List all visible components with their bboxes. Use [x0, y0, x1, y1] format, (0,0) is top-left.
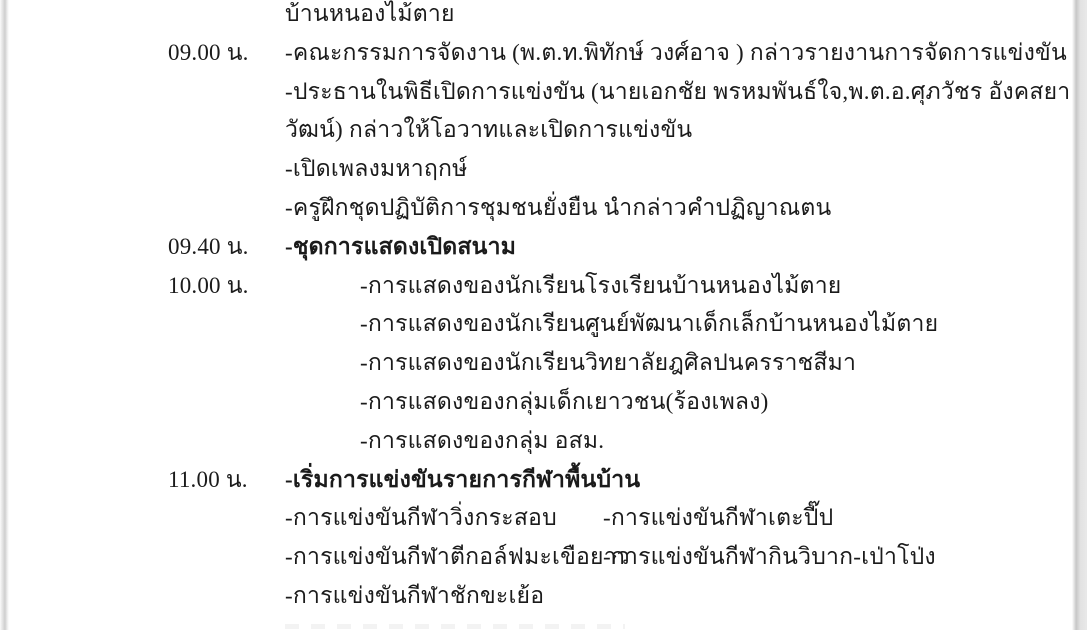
schedule-row-heading: 11.00 น.-เริ่มการแข่งขันรายการกีฬาพื้นบ้… — [0, 461, 1072, 500]
schedule-content: บ้านหนองไม้ตาย 09.00 น.-คณะกรรมการจัดงาน… — [0, 0, 1072, 616]
schedule-row-heading: 09.40 น.-ชุดการแสดงเปิดสนาม — [0, 228, 1072, 267]
schedule-row: -การแสดงของนักเรียนวิทยาลัยฎศิลปนครราชสี… — [0, 344, 1072, 383]
schedule-text: -ครูฝึกชุดปฏิบัติการชุมชนยั่งยืน นำกล่าว… — [285, 195, 831, 220]
schedule-text-right-column: -การแข่งขันกีฬากินวิบาก-เป่าโป่ง — [603, 544, 936, 569]
schedule-row: วัฒน์) กล่าวให้โอวาทและเปิดการแข่งขัน — [0, 111, 1072, 150]
schedule-text: -การแสดงของนักเรียนวิทยาลัยฎศิลปนครราชสี… — [360, 350, 856, 375]
schedule-row: -การแสดงของกลุ่ม อสม. — [0, 422, 1072, 461]
page-scan-right-edge — [1072, 0, 1087, 630]
schedule-row: -ประธานในพิธีเปิดการแข่งขัน (นายเอกชัย พ… — [0, 73, 1072, 112]
time-label: 09.40 น. — [168, 228, 285, 267]
schedule-text-left-column: -การแข่งขันกีฬาวิ่งกระสอบ — [285, 499, 603, 538]
schedule-row-two-columns: -การแข่งขันกีฬาวิ่งกระสอบ-การแข่งขันกีฬา… — [0, 499, 1072, 538]
schedule-row: -การแสดงของนักเรียนศูนย์พัฒนาเด็กเล็กบ้า… — [0, 305, 1072, 344]
time-label: 11.00 น. — [168, 461, 285, 500]
schedule-text: บ้านหนองไม้ตาย — [285, 1, 455, 26]
schedule-row: บ้านหนองไม้ตาย — [0, 0, 1072, 34]
schedule-text: -การแสดงของนักเรียนศูนย์พัฒนาเด็กเล็กบ้า… — [360, 311, 938, 336]
cropped-next-line-hint — [285, 624, 625, 629]
schedule-row-two-columns: -การแข่งขันกีฬาตีกอล์ฟมะเขือยาว-การแข่งข… — [0, 538, 1072, 577]
schedule-row: 09.00 น.-คณะกรรมการจัดงาน (พ.ต.ท.พิทักษ์… — [0, 34, 1072, 73]
schedule-text: -ประธานในพิธีเปิดการแข่งขัน (นายเอกชัย พ… — [285, 79, 1070, 104]
schedule-text: -เริ่มการแข่งขันรายการกีฬาพื้นบ้าน — [285, 467, 640, 492]
schedule-row: -การแสดงของกลุ่มเด็กเยาวชน(ร้องเพลง) — [0, 383, 1072, 422]
schedule-row: 10.00 น.-การแสดงของนักเรียนโรงเรียนบ้านห… — [0, 267, 1072, 306]
time-label: 10.00 น. — [168, 267, 360, 306]
schedule-text: -เปิดเพลงมหาฤกษ์ — [285, 156, 467, 181]
schedule-text: -การแสดงของกลุ่มเด็กเยาวชน(ร้องเพลง) — [360, 389, 769, 414]
schedule-text: -การแข่งขันกีฬาชักขะเย้อ — [285, 583, 544, 608]
schedule-text: -การแสดงของนักเรียนโรงเรียนบ้านหนองไม้ตา… — [360, 273, 842, 298]
schedule-text-right-column: -การแข่งขันกีฬาเตะปี๊ป — [603, 505, 833, 530]
schedule-text: -การแสดงของกลุ่ม อสม. — [360, 428, 604, 453]
schedule-text: -ชุดการแสดงเปิดสนาม — [285, 234, 516, 259]
scanned-document-page: บ้านหนองไม้ตาย 09.00 น.-คณะกรรมการจัดงาน… — [0, 0, 1087, 630]
schedule-row: -ครูฝึกชุดปฏิบัติการชุมชนยั่งยืน นำกล่าว… — [0, 189, 1072, 228]
schedule-text: วัฒน์) กล่าวให้โอวาทและเปิดการแข่งขัน — [285, 117, 692, 142]
schedule-row: -การแข่งขันกีฬาชักขะเย้อ — [0, 577, 1072, 616]
schedule-text: -คณะกรรมการจัดงาน (พ.ต.ท.พิทักษ์ วงศ์อาจ… — [285, 40, 1067, 65]
schedule-row: -เปิดเพลงมหาฤกษ์ — [0, 150, 1072, 189]
schedule-text-left-column: -การแข่งขันกีฬาตีกอล์ฟมะเขือยาว — [285, 538, 603, 577]
time-label: 09.00 น. — [168, 34, 285, 73]
